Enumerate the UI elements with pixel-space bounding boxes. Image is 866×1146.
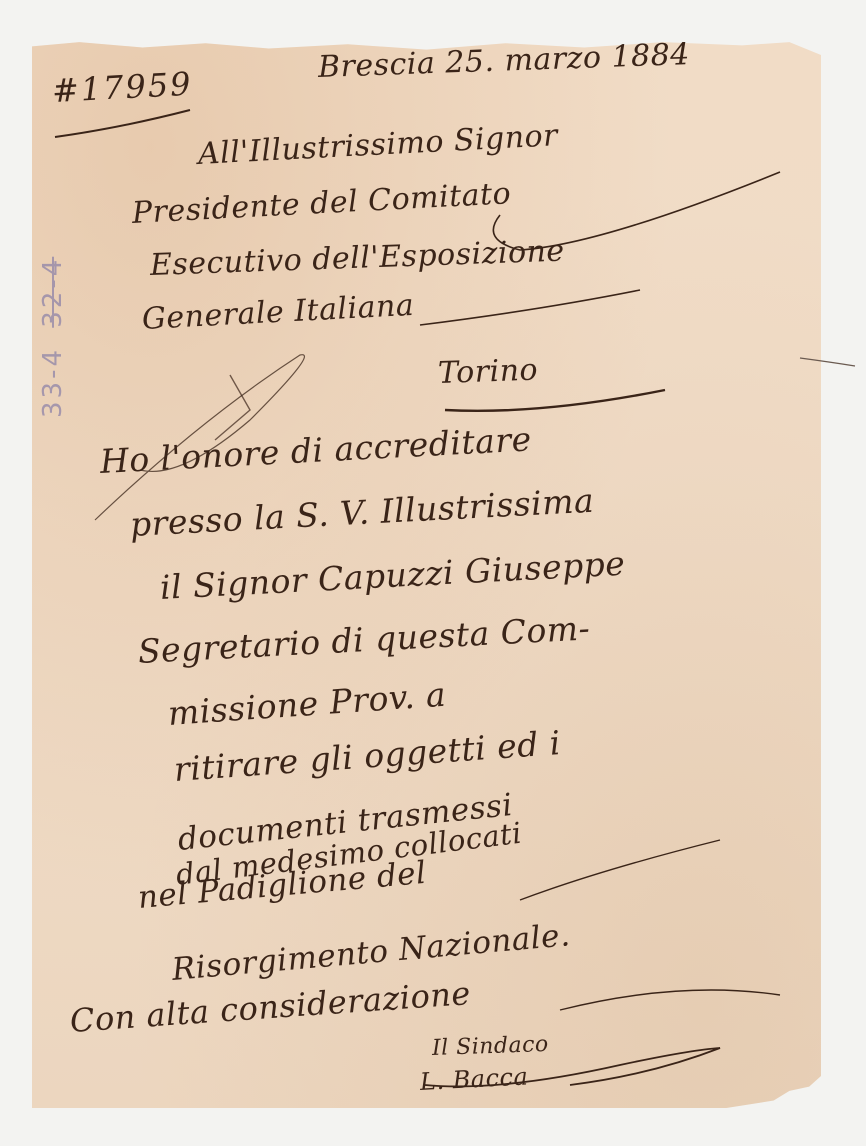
archive-stamp: 33-4 32-4	[38, 257, 68, 418]
signature-name: L. Bacca	[419, 1062, 529, 1096]
archive-stamp-overwritten: 32-4	[38, 257, 68, 328]
address-city: Torino	[437, 353, 538, 391]
archive-stamp-primary: 33-4	[38, 347, 68, 418]
signature-title: Il Sindaco	[432, 1032, 550, 1061]
reference-number: #17959	[51, 65, 193, 110]
